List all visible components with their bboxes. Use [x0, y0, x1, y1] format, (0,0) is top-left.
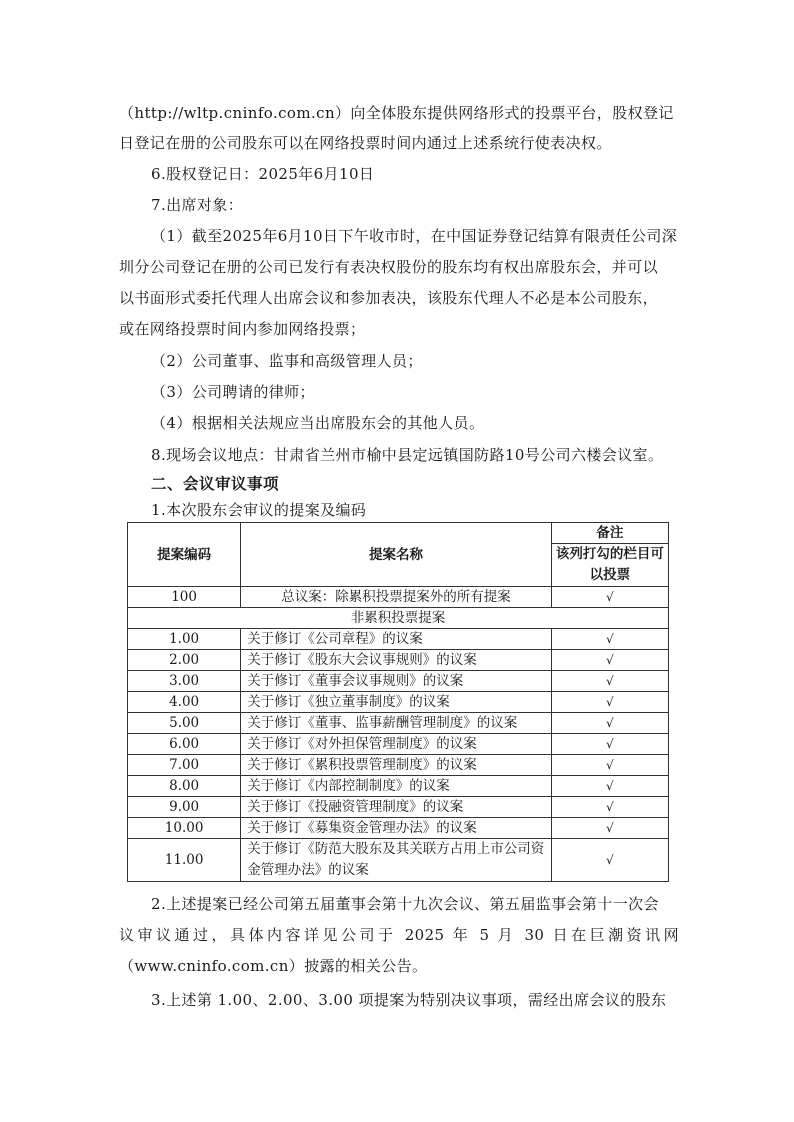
- checkmark-icon: √: [551, 629, 668, 650]
- paragraph-attendee-1-line4: 或在网络投票时间内参加网络投票；: [119, 319, 679, 339]
- table-row: 10.00 关于修订《募集资金管理办法》的议案 √: [128, 818, 669, 839]
- cell-name: 关于修订《公司章程》的议案: [241, 629, 552, 650]
- header-note: 备注: [551, 523, 668, 544]
- paragraph-approval-line2: 议审议通过，具体内容详见公司于 2025 年 5 月 30 日在巨潮资讯网: [119, 925, 679, 945]
- cell-code: 11.00: [128, 839, 241, 882]
- cell-name: 关于修订《防范大股东及其关联方占用上市公司资金管理办法》的议案: [241, 839, 552, 882]
- checkmark-icon: √: [551, 734, 668, 755]
- paragraph-meeting-location: 8.现场会议地点：甘肃省兰州市榆中县定远镇国防路10号公司六楼会议室。: [151, 445, 679, 465]
- paragraph-attendee-1-line3: 以书面形式委托代理人出席会议和参加表决，该股东代理人不必是本公司股东，: [119, 288, 679, 308]
- paragraph-record-date: 6.股权登记日：2025年6月10日: [151, 164, 679, 184]
- cell-name: 关于修订《募集资金管理办法》的议案: [241, 818, 552, 839]
- cell-name: 关于修订《股东大会议事规则》的议案: [241, 650, 552, 671]
- paragraph-network-voting-line1: （http://wltp.cninfo.com.cn）向全体股东提供网络形式的投…: [119, 103, 679, 123]
- paragraph-approval-line1: 2.上述提案已经公司第五届董事会第十九次会议、第五届监事会第十一次会: [151, 894, 679, 914]
- paragraph-attendee-3: （3）公司聘请的律师；: [151, 382, 679, 402]
- cell-name: 关于修订《累积投票管理制度》的议案: [241, 755, 552, 776]
- header-proposal-code: 提案编码: [128, 523, 241, 587]
- table-row: 2.00 关于修订《股东大会议事规则》的议案 √: [128, 650, 669, 671]
- cell-code: 4.00: [128, 692, 241, 713]
- section-heading-agenda: 二、会议审议事项: [151, 474, 279, 494]
- header-proposal-name: 提案名称: [241, 523, 552, 587]
- cell-code: 9.00: [128, 797, 241, 818]
- cell-code: 2.00: [128, 650, 241, 671]
- checkmark-icon: √: [551, 692, 668, 713]
- cell-name: 总议案：除累积投票提案外的所有提案: [241, 587, 552, 608]
- paragraph-network-voting-line2: 日登记在册的公司股东可以在网络投票时间内通过上述系统行使表决权。: [119, 133, 679, 153]
- proposals-table: 提案编码 提案名称 备注 该列打勾的栏目可以投票 100 总议案：除累积投票提案…: [127, 522, 669, 882]
- checkmark-icon: √: [551, 650, 668, 671]
- checkmark-icon: √: [551, 818, 668, 839]
- table-row: 3.00 关于修订《董事会议事规则》的议案 √: [128, 671, 669, 692]
- checkmark-icon: √: [551, 797, 668, 818]
- checkmark-icon: √: [551, 671, 668, 692]
- table-row: 1.00 关于修订《公司章程》的议案 √: [128, 629, 669, 650]
- cell-code: 8.00: [128, 776, 241, 797]
- paragraph-approval-line3: （www.cninfo.com.cn）披露的相关公告。: [119, 956, 679, 976]
- cell-name: 关于修订《投融资管理制度》的议案: [241, 797, 552, 818]
- table-row: 4.00 关于修订《独立董事制度》的议案 √: [128, 692, 669, 713]
- cell-code: 100: [128, 587, 241, 608]
- paragraph-attendee-1-line2: 圳分公司登记在册的公司已发行有表决权股份的股东均有权出席股东会，并可以: [119, 257, 679, 277]
- cell-name: 关于修订《对外担保管理制度》的议案: [241, 734, 552, 755]
- paragraph-attendee-1-line1: （1）截至2025年6月10日下午收市时，在中国证券登记结算有限责任公司深: [151, 226, 679, 246]
- paragraph-attendee-4: （4）根据相关法规应当出席股东会的其他人员。: [151, 413, 679, 433]
- cell-name: 关于修订《董事、监事薪酬管理制度》的议案: [241, 713, 552, 734]
- cell-code: 5.00: [128, 713, 241, 734]
- table-row: 9.00 关于修订《投融资管理制度》的议案 √: [128, 797, 669, 818]
- subsection-proposals-title: 1.本次股东会审议的提案及编码: [151, 500, 679, 520]
- checkmark-icon: √: [551, 713, 668, 734]
- group-label-non-cumulative: 非累积投票提案: [128, 608, 669, 629]
- table-row: 5.00 关于修订《董事、监事薪酬管理制度》的议案 √: [128, 713, 669, 734]
- paragraph-attendees-title: 7.出席对象：: [151, 195, 679, 215]
- cell-code: 6.00: [128, 734, 241, 755]
- table-header-row: 提案编码 提案名称 备注: [128, 523, 669, 544]
- table-row: 7.00 关于修订《累积投票管理制度》的议案 √: [128, 755, 669, 776]
- checkmark-icon: √: [551, 839, 668, 882]
- checkmark-icon: √: [551, 776, 668, 797]
- table-row-total: 100 总议案：除累积投票提案外的所有提案 √: [128, 587, 669, 608]
- cell-name: 关于修订《董事会议事规则》的议案: [241, 671, 552, 692]
- checkmark-icon: √: [551, 755, 668, 776]
- checkmark-icon: √: [551, 587, 668, 608]
- table-row: 8.00 关于修订《内部控制制度》的议案 √: [128, 776, 669, 797]
- cell-code: 10.00: [128, 818, 241, 839]
- table-row: 6.00 关于修订《对外担保管理制度》的议案 √: [128, 734, 669, 755]
- cell-code: 3.00: [128, 671, 241, 692]
- table-row: 11.00 关于修订《防范大股东及其关联方占用上市公司资金管理办法》的议案 √: [128, 839, 669, 882]
- cell-name: 关于修订《独立董事制度》的议案: [241, 692, 552, 713]
- cell-name: 关于修订《内部控制制度》的议案: [241, 776, 552, 797]
- cell-code: 1.00: [128, 629, 241, 650]
- table-group-row: 非累积投票提案: [128, 608, 669, 629]
- paragraph-special-resolution-line1: 3.上述第 1.00、2.00、3.00 项提案为特别决议事项，需经出席会议的股…: [151, 990, 679, 1010]
- document-page: （http://wltp.cninfo.com.cn）向全体股东提供网络形式的投…: [0, 0, 794, 1122]
- paragraph-attendee-2: （2）公司董事、监事和高级管理人员；: [151, 351, 679, 371]
- header-note-sub: 该列打勾的栏目可以投票: [551, 544, 668, 587]
- cell-code: 7.00: [128, 755, 241, 776]
